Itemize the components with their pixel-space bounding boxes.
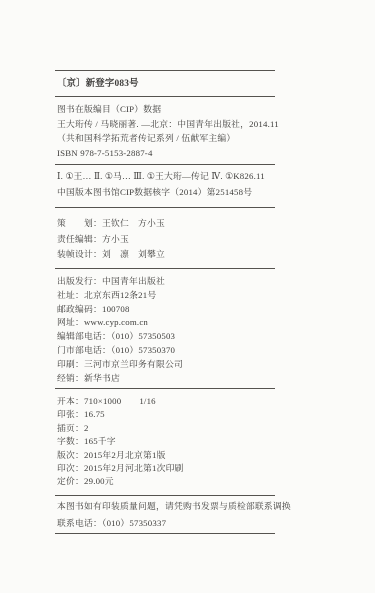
word-count-line: 字数：165千字 [57, 435, 357, 448]
planner-line: 策 划：王钦仁 方小玉 [57, 216, 357, 232]
cip-description: 王大珩传 / 马晓丽著. —北京：中国青年出版社，2014.11 [57, 117, 357, 132]
notice-phone: 联系电话：（010）57350337 [57, 515, 357, 532]
specs-block: 开本：710×1000 1/16 印张：16.75 插页：2 字数：165千字 … [57, 395, 357, 489]
design-line: 装帧设计：刘 凛 刘攀立 [57, 247, 357, 263]
address-line: 社址：北京东西12条21号 [57, 289, 357, 303]
edition-line: 版次：2015年2月北京第1版 [57, 449, 357, 462]
divider-before-notice [55, 495, 275, 496]
publisher-line: 出版发行：中国青年出版社 [57, 275, 357, 289]
divider-after-registration [55, 96, 275, 97]
cip-title: 图书在版编目（CIP）数据 [57, 102, 357, 117]
website-line: 网址：www.cyp.com.cn [57, 316, 357, 330]
isbn-line: ISBN 978-7-5153-2887-4 [57, 146, 357, 161]
sheets-line: 印张：16.75 [57, 408, 357, 421]
divider-after-classification [55, 207, 275, 208]
classification-codes: Ⅰ. ①王… Ⅱ. ①马… Ⅲ. ①王大珩—传记 Ⅳ. ①K826.11 [57, 169, 357, 185]
divider-top [55, 70, 275, 71]
divider-after-staff [55, 268, 275, 269]
price-line: 定价：29.00元 [57, 475, 357, 488]
responsible-editor-line: 责任编辑：方小玉 [57, 232, 357, 248]
quality-notice-block: 本图书如有印装质量问题，请凭购书发票与质检部联系调换 联系电话：（010）573… [57, 498, 357, 531]
staff-block: 策 划：王钦仁 方小玉 责任编辑：方小玉 装帧设计：刘 凛 刘攀立 [57, 216, 357, 263]
distributor-line: 经销：新华书店 [57, 372, 357, 386]
inserts-line: 插页：2 [57, 422, 357, 435]
format-line: 开本：710×1000 1/16 [57, 395, 357, 408]
divider-bottom [55, 533, 275, 534]
registration-number: 〔京〕新登字083号 [57, 76, 357, 92]
publisher-block: 出版发行：中国青年出版社 社址：北京东西12条21号 邮政编码：100708 网… [57, 275, 357, 385]
cip-series: （共和国科学拓荒者传记系列 / 伍献军主编） [57, 131, 357, 146]
colophon-page: 〔京〕新登字083号 图书在版编目（CIP）数据 王大珩传 / 马晓丽著. —北… [0, 0, 375, 593]
printer-line: 印刷：三河市京兰印务有限公司 [57, 358, 357, 372]
printing-line: 印次：2015年2月河北第1次印刷 [57, 462, 357, 475]
divider-after-publisher [55, 388, 275, 389]
postcode-line: 邮政编码：100708 [57, 303, 357, 317]
notice-text: 本图书如有印装质量问题，请凭购书发票与质检部联系调换 [57, 498, 357, 515]
store-phone-line: 门市部电话：（010）57350370 [57, 344, 357, 358]
cip-record-number: 中国版本图书馆CIP数据核字（2014）第251458号 [57, 185, 357, 201]
classification-block: Ⅰ. ①王… Ⅱ. ①马… Ⅲ. ①王大珩—传记 Ⅳ. ①K826.11 中国版… [57, 169, 357, 200]
editorial-phone-line: 编辑部电话：（010）57350503 [57, 330, 357, 344]
divider-after-cip [55, 164, 275, 165]
cip-block: 图书在版编目（CIP）数据 王大珩传 / 马晓丽著. —北京：中国青年出版社，2… [57, 102, 357, 160]
